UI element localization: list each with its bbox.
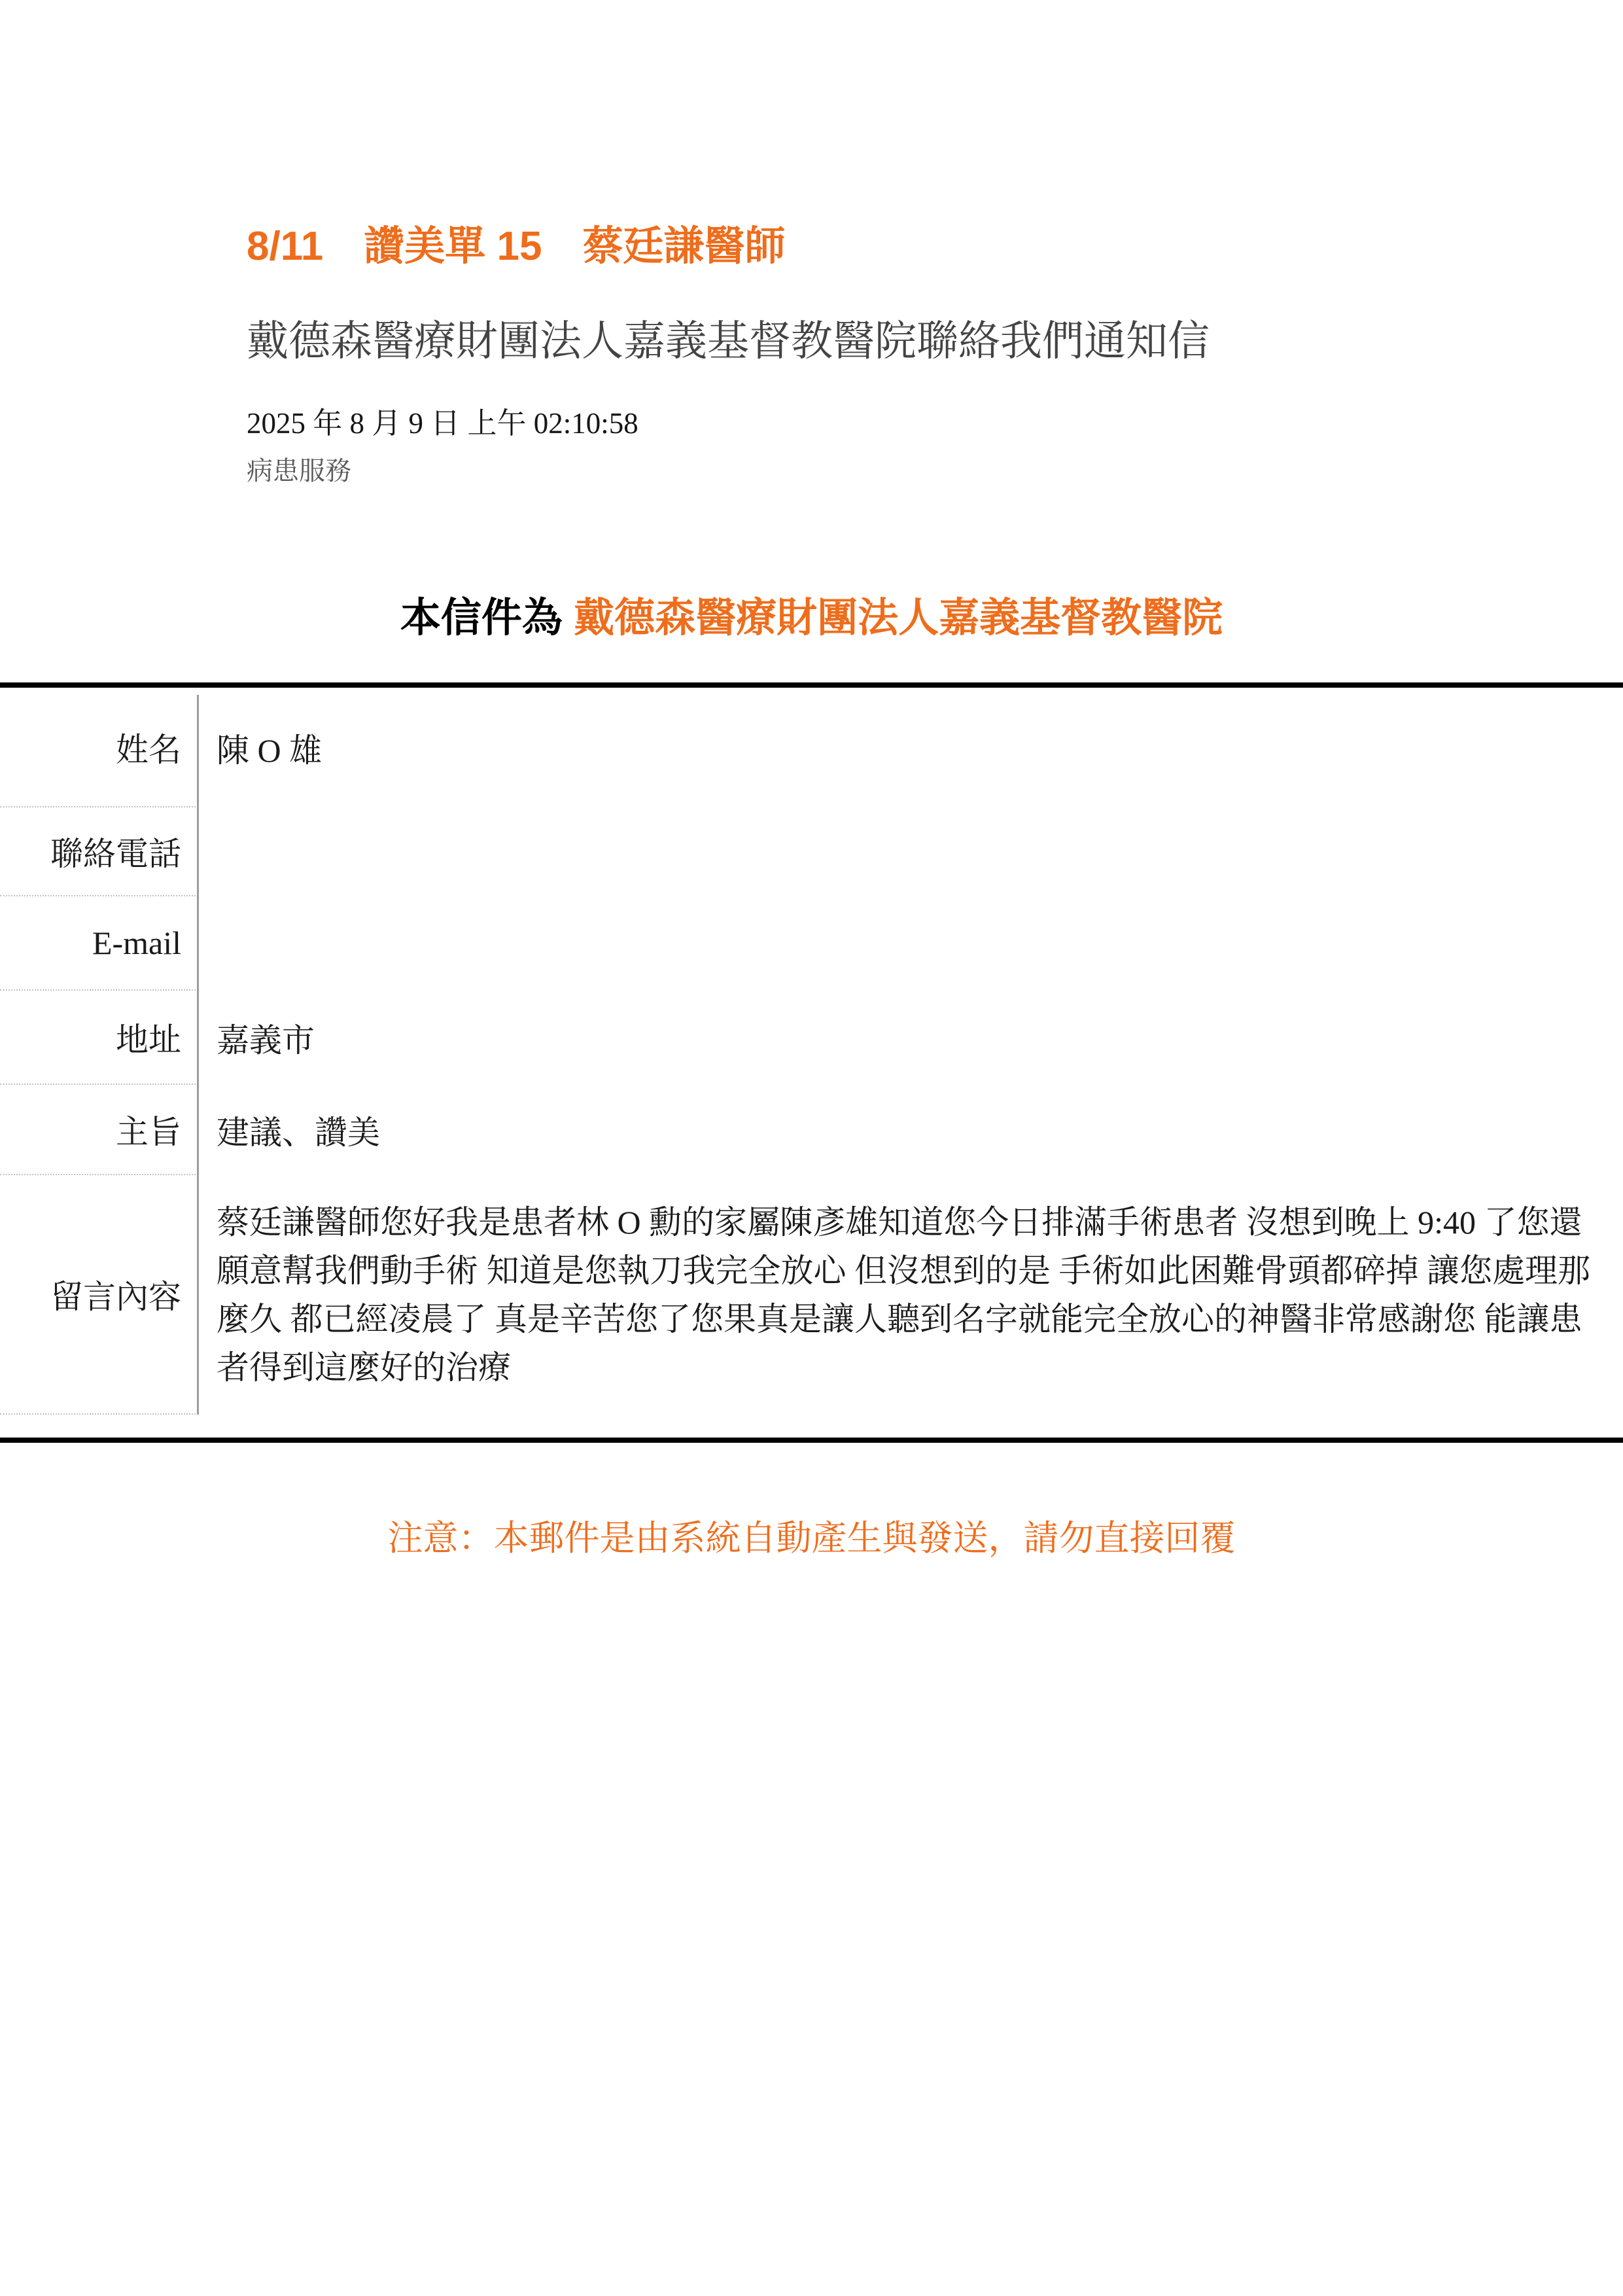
field-label-address: 地址: [0, 991, 198, 1085]
field-label-phone: 聯絡電話: [0, 807, 198, 896]
field-label-name: 姓名: [0, 688, 198, 807]
top-divider-rule: [0, 682, 1623, 688]
field-label-subject: 主旨: [0, 1085, 198, 1175]
field-value-subject: 建議、讚美: [198, 1085, 1623, 1175]
field-value-address: 嘉義市: [198, 991, 1623, 1085]
page-title: 戴德森醫療財團法人嘉義基督教醫院聯絡我們通知信: [247, 308, 1210, 368]
table-row: E-mail: [0, 896, 1623, 991]
auto-reply-warning: 注意：本郵件是由系統自動產生與發送，請勿直接回覆: [0, 1510, 1623, 1561]
table-row: 姓名 陳 O 雄: [0, 688, 1623, 807]
table-row: 聯絡電話: [0, 807, 1623, 896]
banner-hospital-name: 戴德森醫療財團法人嘉義基督教醫院: [574, 595, 1223, 641]
table-row: 留言內容 蔡廷謙醫師您好我是患者林 O 勳的家屬陳彥雄知道您今日排滿手術患者 沒…: [0, 1175, 1623, 1415]
category-label: 病患服務: [247, 450, 351, 487]
table-row: 地址 嘉義市: [0, 991, 1623, 1085]
field-label-message: 留言內容: [0, 1175, 198, 1415]
contact-form-table: 姓名 陳 O 雄 聯絡電話 E-mail 地址 嘉義市 主旨 建議、讚美 留言內…: [0, 688, 1623, 1415]
received-datetime: 2025 年 8 月 9 日 上午 02:10:58: [247, 399, 638, 442]
email-notification-page: 8/11 讚美單 15 蔡廷謙醫師 戴德森醫療財團法人嘉義基督教醫院聯絡我們通知…: [0, 0, 1623, 2296]
banner-prefix: 本信件為: [400, 595, 574, 641]
table-row: 主旨 建議、讚美: [0, 1085, 1623, 1175]
bottom-divider-rule: [0, 1438, 1623, 1443]
field-value-name: 陳 O 雄: [198, 688, 1623, 807]
praise-sheet-header: 8/11 讚美單 15 蔡廷謙醫師: [247, 213, 785, 272]
field-value-message: 蔡廷謙醫師您好我是患者林 O 勳的家屬陳彥雄知道您今日排滿手術患者 沒想到晚上 …: [198, 1175, 1623, 1415]
field-value-phone: [198, 807, 1623, 896]
field-label-email: E-mail: [0, 896, 198, 991]
mail-source-banner: 本信件為 戴德森醫療財團法人嘉義基督教醫院: [0, 585, 1623, 643]
label-column-divider: [197, 695, 199, 1415]
field-value-email: [198, 896, 1623, 991]
